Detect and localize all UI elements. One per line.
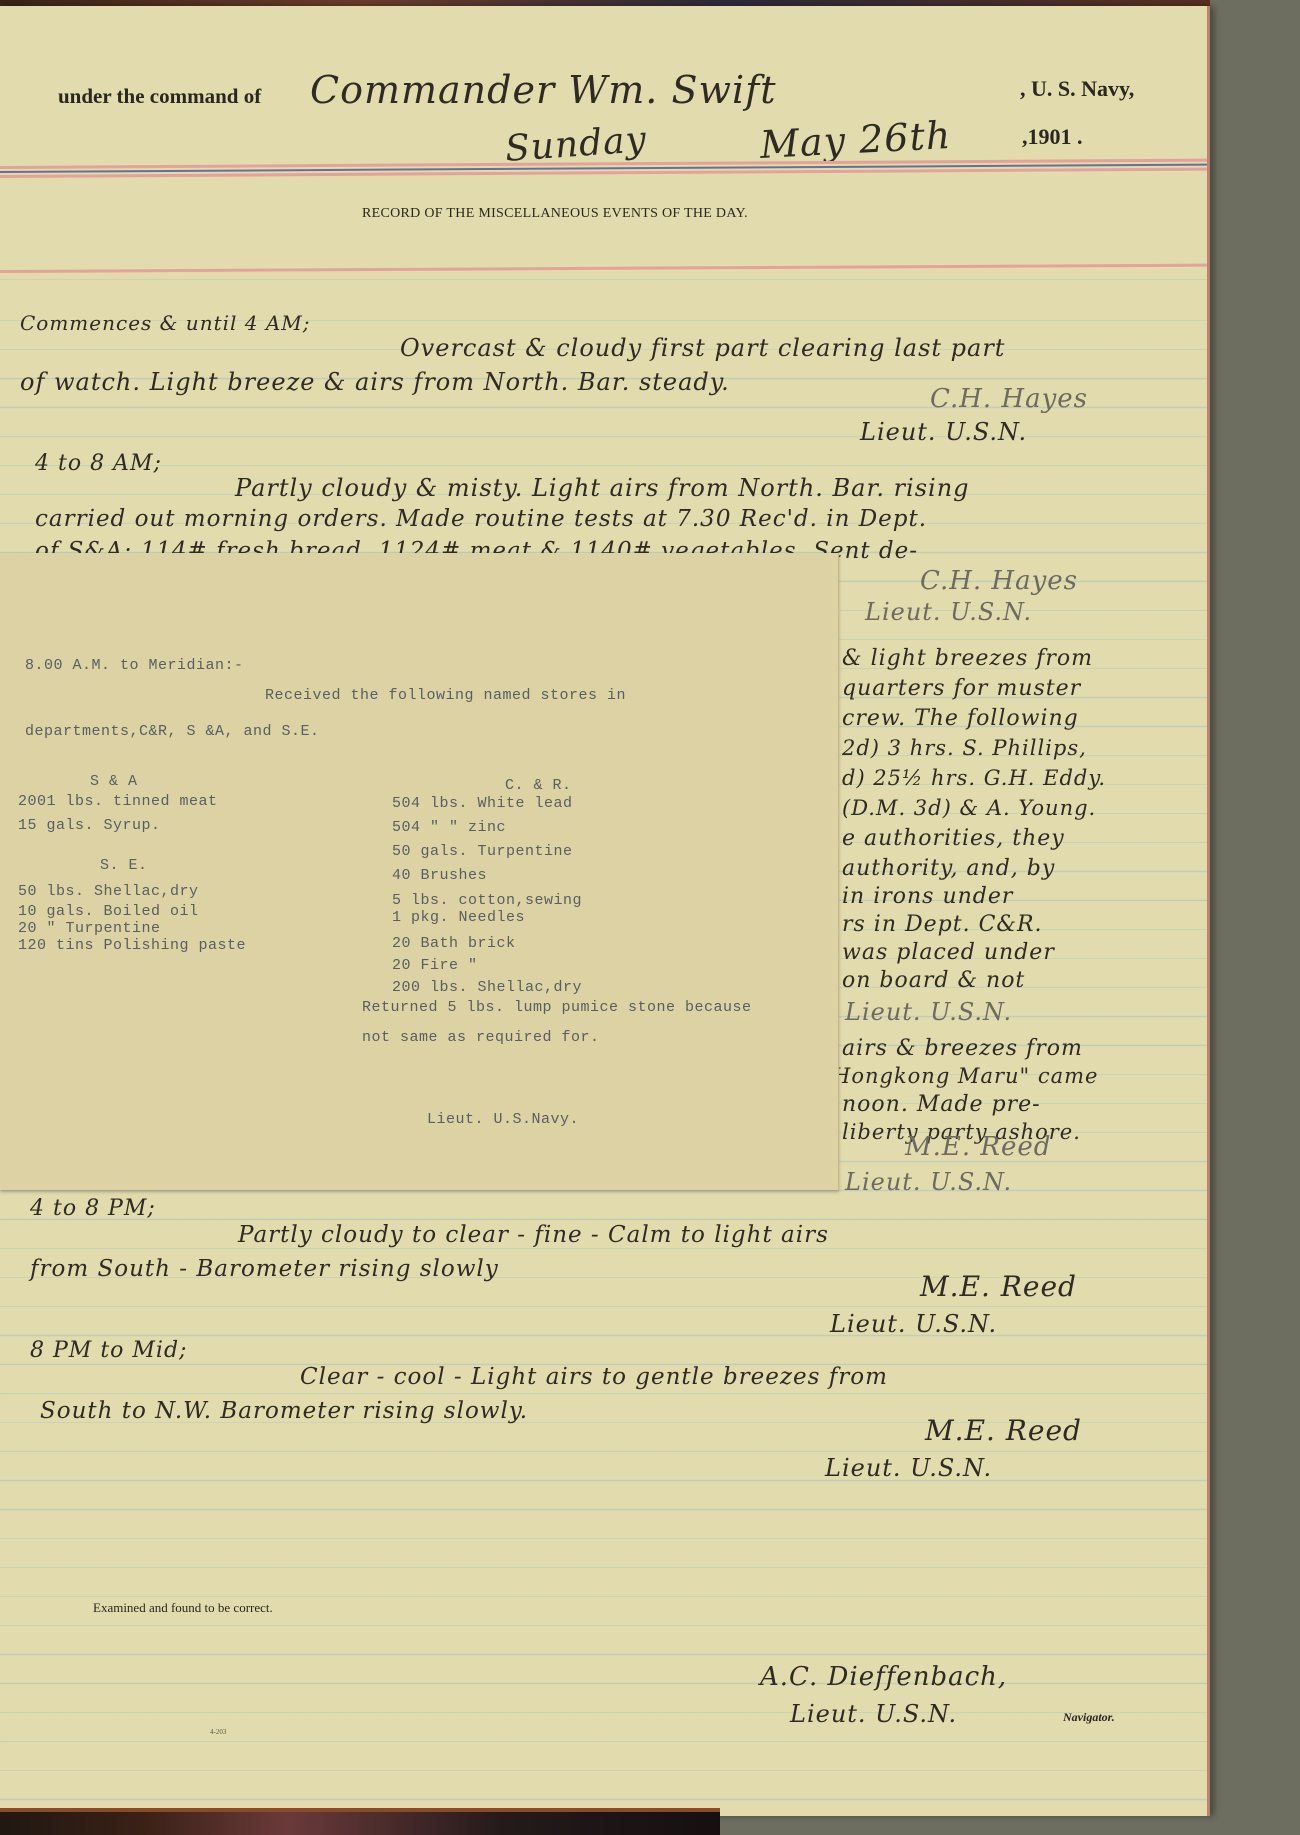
book-cover-bottom bbox=[0, 1812, 720, 1835]
slip-heading: 8.00 A.M. to Meridian:- bbox=[25, 657, 244, 674]
watch-line: South to N.W. Barometer rising slowly. bbox=[40, 1398, 528, 1424]
cr-item: 40 Brushes bbox=[392, 867, 487, 884]
watch-line: on board & not bbox=[842, 968, 1025, 993]
watch-line: Partly cloudy & misty. Light airs from N… bbox=[235, 474, 970, 502]
pasted-typed-slip: 8.00 A.M. to Meridian:- Received the fol… bbox=[0, 553, 839, 1190]
watch-period: Commences & until 4 AM; bbox=[20, 311, 311, 335]
cr-item: 5 lbs. cotton,sewing bbox=[392, 892, 582, 909]
se-item: 10 gals. Boiled oil bbox=[18, 903, 199, 920]
navigator-label: Navigator. bbox=[1063, 1710, 1115, 1725]
watch-line: & light breezes from bbox=[842, 646, 1093, 671]
slip-intro-line: departments,C&R, S &A, and S.E. bbox=[25, 723, 320, 740]
commander-name: Commander Wm. Swift bbox=[310, 68, 777, 112]
watch-line: e authorities, they bbox=[842, 826, 1065, 851]
navigator-signature: A.C. Dieffenbach, bbox=[760, 1662, 1007, 1692]
cr-item: 1 pkg. Needles bbox=[392, 909, 525, 926]
watch-line: airs & breezes from bbox=[842, 1036, 1083, 1061]
watch-line: Clear - cool - Light airs to gentle bree… bbox=[300, 1364, 888, 1390]
sa-item: 15 gals. Syrup. bbox=[18, 817, 161, 834]
watch-line: 2d) 3 hrs. S. Phillips, bbox=[842, 736, 1087, 760]
examined-note: Examined and found to be correct. bbox=[93, 1600, 273, 1616]
rank: Lieut. U.S.N. bbox=[845, 1168, 1012, 1196]
rank: Lieut. U.S.N. bbox=[845, 998, 1012, 1026]
signature: M.E. Reed bbox=[925, 1414, 1082, 1447]
se-title: S. E. bbox=[100, 857, 148, 874]
rank: Lieut. U.S.N. bbox=[830, 1310, 997, 1338]
watch-line: crew. The following bbox=[842, 706, 1079, 731]
watch-line: d) 25½ hrs. G.H. Eddy. bbox=[842, 766, 1106, 790]
watch-line: Partly cloudy to clear - fine - Calm to … bbox=[238, 1222, 829, 1248]
signature: C.H. Hayes bbox=[920, 566, 1078, 596]
watch-line: authority, and, by bbox=[842, 856, 1055, 881]
navy-suffix: , U. S. Navy, bbox=[1020, 76, 1134, 102]
watch-period: 8 PM to Mid; bbox=[30, 1338, 187, 1363]
sa-title: S & A bbox=[90, 773, 138, 790]
signature: C.H. Hayes bbox=[930, 384, 1088, 414]
watch-period: 4 to 8 AM; bbox=[35, 451, 162, 476]
rank: Lieut. U.S.N. bbox=[825, 1454, 992, 1482]
slip-intro-line: Received the following named stores in bbox=[265, 687, 626, 704]
watch-line: quarters for muster bbox=[842, 676, 1081, 701]
watch-line: rs in Dept. C&R. bbox=[842, 912, 1043, 937]
navigator-rank: Lieut. U.S.N. bbox=[790, 1700, 957, 1728]
watch-line: Overcast & cloudy first part clearing la… bbox=[400, 334, 1005, 362]
rank: Lieut. U.S.N. bbox=[865, 598, 1032, 626]
cr-item: 504 " " zinc bbox=[392, 819, 506, 836]
signature: M.E. Reed bbox=[905, 1132, 1051, 1162]
se-item: 50 lbs. Shellac,dry bbox=[18, 883, 199, 900]
watch-line: from South - Barometer rising slowly bbox=[30, 1256, 499, 1282]
watch-line: carried out morning orders. Made routine… bbox=[35, 506, 927, 532]
slip-returned-line: not same as required for. bbox=[362, 1029, 600, 1046]
cr-item: 20 Bath brick bbox=[392, 935, 516, 952]
sa-item: 2001 lbs. tinned meat bbox=[18, 793, 218, 810]
watch-line: of watch. Light breeze & airs from North… bbox=[20, 368, 730, 396]
watch-line: was placed under bbox=[842, 940, 1055, 965]
cr-title: C. & R. bbox=[505, 777, 572, 794]
slip-returned-line: Returned 5 lbs. lump pumice stone becaus… bbox=[362, 999, 752, 1016]
slip-sign-rank: Lieut. U.S.Navy. bbox=[427, 1111, 579, 1128]
form-number: 4-203 bbox=[210, 1728, 226, 1736]
se-item: 20 " Turpentine bbox=[18, 920, 161, 937]
section-title: RECORD OF THE MISCELLANEOUS EVENTS OF TH… bbox=[362, 206, 748, 222]
rank: Lieut. U.S.N. bbox=[860, 418, 1027, 446]
watch-line: in irons under bbox=[842, 884, 1013, 909]
cr-item: 50 gals. Turpentine bbox=[392, 843, 573, 860]
cr-item: 504 lbs. White lead bbox=[392, 795, 573, 812]
se-item: 120 tins Polishing paste bbox=[18, 937, 246, 954]
signature: M.E. Reed bbox=[920, 1270, 1077, 1303]
command-prefix: under the command of bbox=[58, 84, 261, 109]
entry-year: ,1901 . bbox=[1022, 124, 1083, 150]
watch-line: noon. Made pre- bbox=[842, 1092, 1041, 1117]
cr-item: 20 Fire " bbox=[392, 957, 478, 974]
cr-item: 200 lbs. Shellac,dry bbox=[392, 979, 582, 996]
watch-line: (D.M. 3d) & A. Young. bbox=[842, 796, 1096, 820]
watch-line: Hongkong Maru" came bbox=[832, 1064, 1098, 1088]
watch-period: 4 to 8 PM; bbox=[30, 1196, 156, 1221]
